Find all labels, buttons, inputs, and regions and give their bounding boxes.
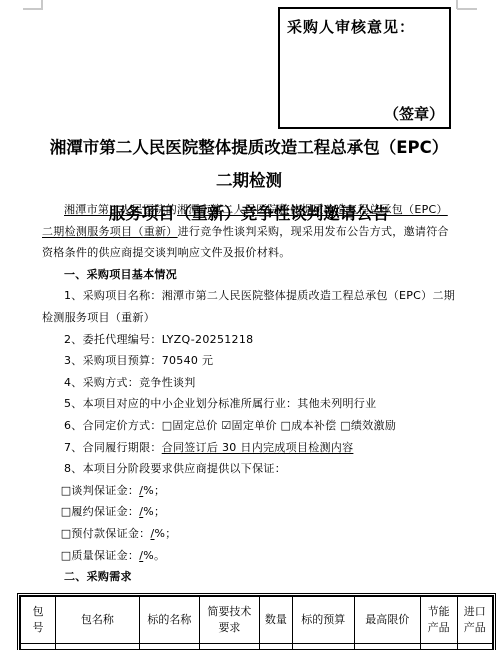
col-header-tech-requirements: 简要技术 要求: [199, 597, 259, 644]
guarantee-2-label: □履约保证金：: [61, 505, 140, 518]
guarantee-3-label: □预付款保证金：: [61, 527, 151, 540]
guarantee-line-4: □质量保证金：/%。: [42, 545, 456, 567]
list-item-5: 5、本项目对应的中小企业划分标准所属行业：其他未列明行业: [42, 393, 456, 415]
col-header-package-no: 包 号: [21, 597, 56, 644]
col-header-quantity: 数量: [259, 597, 292, 644]
document-body: 湘潭市第二人民医院的湘潭市第二人民医院整体提质改造工程总承包（EPC）二期检测服…: [42, 199, 456, 588]
list-item-6-pricing-checkboxes: 6、合同定价方式：□固定总价 ☑固定单价 □成本补偿 □绩效激励: [42, 415, 456, 437]
list-item-1: 1、采购项目名称：湘潭市第二人民医院整体提质改造工程总承包（EPC）二期检测服务…: [42, 285, 456, 328]
table-row: [21, 644, 493, 650]
list-item-4: 4、采购方式：竞争性谈判: [42, 372, 456, 394]
guarantee-3-suffix: %；: [155, 527, 177, 540]
intro-paragraph: 湘潭市第二人民医院的湘潭市第二人民医院整体提质改造工程总承包（EPC）二期检测服…: [42, 199, 456, 264]
list-item-8: 8、本项目分阶段要求供应商提供以下保证：: [42, 458, 456, 480]
col-header-energy-saving: 节能 产品: [420, 597, 457, 644]
col-header-imported: 进口 产品: [457, 597, 492, 644]
guarantee-2-suffix: %；: [143, 505, 165, 518]
col-header-package-name: 包名称: [55, 597, 139, 644]
guarantee-4-suffix: %。: [143, 549, 165, 562]
col-header-subject-budget: 标的预算: [292, 597, 354, 644]
table-header-row: 包 号 包名称 标的名称 简要技术 要求 数量 标的预算 最高限价 节能 产品 …: [21, 597, 493, 644]
list-item-3: 3、采购项目预算：70540 元: [42, 350, 456, 372]
requirements-table: 包 号 包名称 标的名称 简要技术 要求 数量 标的预算 最高限价 节能 产品 …: [17, 593, 496, 650]
col-header-subject-name: 标的名称: [139, 597, 199, 644]
review-opinion-label: 采购人审核意见：: [287, 16, 415, 37]
guarantee-1-suffix: %；: [143, 484, 165, 497]
contract-period-label: 7、合同履行期限：: [64, 441, 162, 454]
list-item-2: 2、委托代理编号：LYZQ-20251218: [42, 329, 456, 351]
signature-label: （签章）: [384, 103, 444, 124]
guarantee-line-2: □履约保证金：/%；: [42, 501, 456, 523]
document-title-line1: 湘潭市第二人民医院整体提质改造工程总承包（EPC）二期检测: [42, 131, 456, 197]
document-page: 采购人审核意见： （签章） 湘潭市第二人民医院整体提质改造工程总承包（EPC）二…: [0, 0, 504, 650]
review-opinion-box: 采购人审核意见： （签章）: [278, 7, 451, 129]
section-1-heading: 一、采购项目基本情况: [42, 264, 456, 286]
guarantee-line-3: □预付款保证金：/%；: [42, 523, 456, 545]
contract-period-value: 合同签订后 30 日内完成项目检测内容: [162, 441, 354, 454]
section-2-heading: 二、采购需求: [42, 566, 456, 588]
crop-mark-top-right-h: [457, 8, 477, 10]
crop-mark-top-left-h: [23, 8, 43, 10]
intro-connector: 的: [166, 203, 177, 216]
crop-mark-top-left-v: [41, 0, 43, 9]
col-header-price-ceiling: 最高限价: [354, 597, 420, 644]
list-item-7: 7、合同履行期限：合同签订后 30 日内完成项目检测内容: [42, 437, 456, 459]
guarantee-1-label: □谈判保证金：: [61, 484, 140, 497]
purchaser-name: 湘潭市第二人民医院: [64, 203, 166, 216]
guarantee-line-1: □谈判保证金：/%；: [42, 480, 456, 502]
guarantee-4-label: □质量保证金：: [61, 549, 140, 562]
